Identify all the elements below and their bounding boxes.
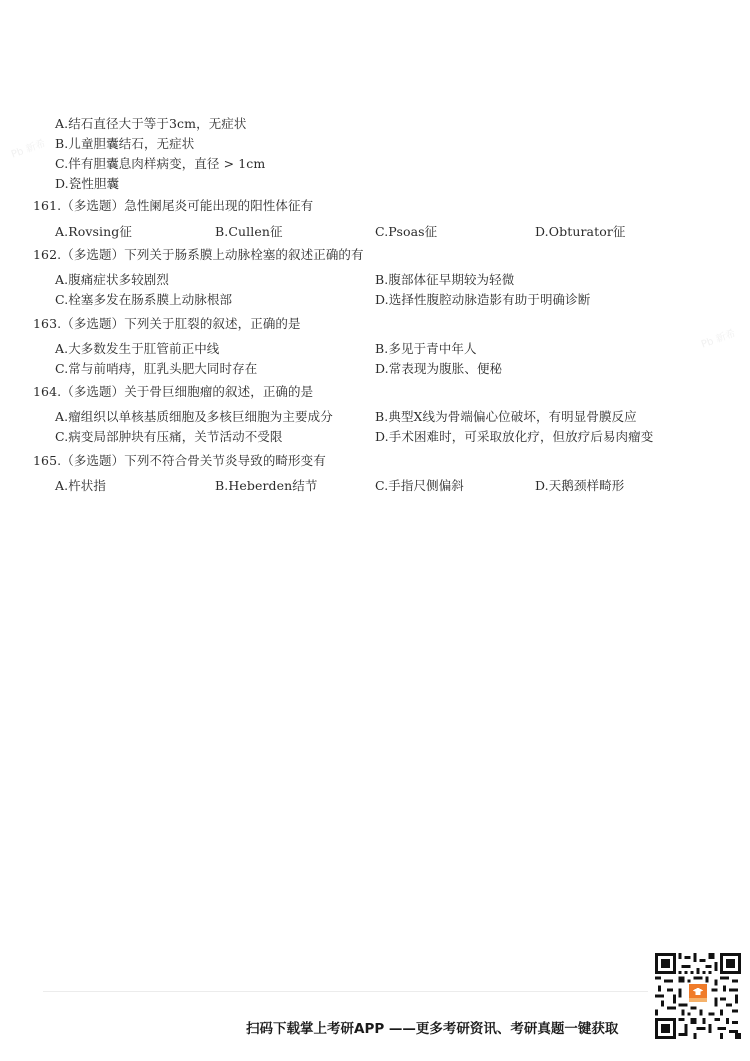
- question-165-stem: 165.（多选题）下列不符合骨关节炎导致的畸形变有: [33, 453, 326, 469]
- option-165-d: D.天鹅颈样畸形: [535, 478, 624, 494]
- question-164-stem: 164.（多选题）关于骨巨细胞瘤的叙述，正确的是: [33, 384, 313, 400]
- option-162-c: C.栓塞多发在肠系膜上动脉根部: [55, 292, 232, 308]
- option-161-a: A.Rovsing征: [55, 224, 132, 240]
- option-161-d: D.Obturator征: [535, 224, 626, 240]
- option-162-b: B.腹部体征早期较为轻微: [375, 272, 514, 288]
- option-165-b: B.Heberden结节: [215, 478, 317, 494]
- question-163-stem: 163.（多选题）下列关于肛裂的叙述，正确的是: [33, 316, 301, 332]
- watermark: Pb 新希: [9, 134, 48, 160]
- exam-page: Pb 新希 Pb 新希 A.结石直径大于等于3cm，无症状 B.儿童胆囊结石，无…: [0, 0, 750, 1061]
- option-160-a: A.结石直径大于等于3cm，无症状: [55, 116, 247, 132]
- option-164-c: C.病变局部肿块有压痛，关节活动不受限: [55, 429, 283, 445]
- question-161-stem: 161.（多选题）急性阑尾炎可能出现的阳性体征有: [33, 198, 313, 214]
- option-160-d: D.瓷性胆囊: [55, 176, 119, 192]
- question-162-stem: 162.（多选题）下列关于肠系膜上动脉栓塞的叙述正确的有: [33, 247, 364, 263]
- option-161-b: B.Cullen征: [215, 224, 283, 240]
- qr-code-icon[interactable]: [655, 953, 741, 1039]
- option-165-c: C.手指尺侧偏斜: [375, 478, 464, 494]
- option-160-b: B.儿童胆囊结石，无症状: [55, 136, 194, 152]
- option-164-a: A.瘤组织以单核基质细胞及多核巨细胞为主要成分: [55, 409, 333, 425]
- option-163-a: A.大多数发生于肛管前正中线: [55, 341, 219, 357]
- option-165-a: A.杵状指: [55, 478, 106, 494]
- option-162-a: A.腹痛症状多较剧烈: [55, 272, 169, 288]
- footer-divider: [43, 991, 648, 992]
- option-161-c: C.Psoas征: [375, 224, 437, 240]
- option-164-b: B.典型X线为骨端偏心位破坏，有明显骨膜反应: [375, 409, 637, 425]
- footer-promo-text: 扫码下载掌上考研APP ——更多考研资讯、考研真题一键获取: [246, 1017, 618, 1037]
- option-163-d: D.常表现为腹胀、便秘: [375, 361, 502, 377]
- watermark: Pb 新希: [699, 324, 738, 350]
- option-164-d: D.手术困难时，可采取放化疗，但放疗后易肉瘤变: [375, 429, 653, 445]
- option-163-c: C.常与前哨痔，肛乳头肥大同时存在: [55, 361, 257, 377]
- option-160-c: C.伴有胆囊息肉样病变，直径 > 1cm: [55, 156, 265, 172]
- option-162-d: D.选择性腹腔动脉造影有助于明确诊断: [375, 292, 590, 308]
- option-163-b: B.多见于青中年人: [375, 341, 477, 357]
